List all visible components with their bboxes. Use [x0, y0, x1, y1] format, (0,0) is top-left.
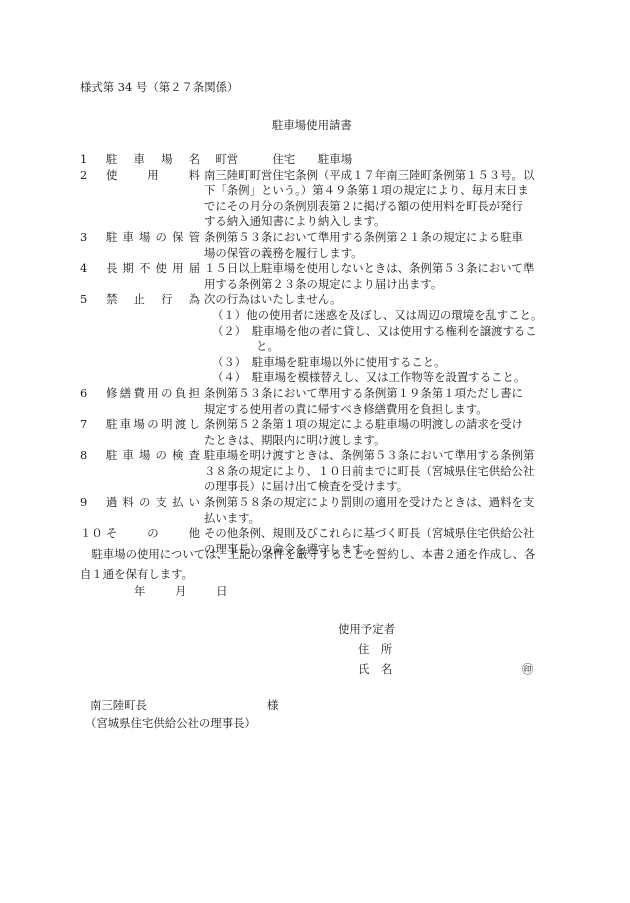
- item-number: 4: [80, 261, 106, 292]
- item-text-line: でにその月分の条例別表第２に掲げる額の使用料を町長が発行: [204, 199, 550, 215]
- item-content: 条例第５８条の規定により罰則の適用を受けたときは、過料を支払います。: [204, 495, 550, 526]
- item-number: 1: [80, 152, 106, 168]
- item-label-char: 駐: [106, 448, 117, 495]
- condition-item: 6修繕費用の負担条例第５３条において準用する条例第１９条第１項ただし書に規定する…: [80, 386, 550, 417]
- item-content: 町営 住宅 駐車場: [204, 152, 550, 168]
- item-label: 過料の支払い: [106, 495, 204, 526]
- item-label-char: 止: [134, 292, 145, 386]
- item-label-char: 費: [134, 386, 145, 417]
- pledge-paragraph: 駐車場の使用については、上記の条件を厳守することを誓約し、本書２通を作成し、各 …: [80, 544, 550, 584]
- item-label-char: 場: [139, 448, 150, 495]
- item-number: 7: [80, 417, 106, 448]
- item-text-line: １５日以上駐車場を使用しないときは、条例第５３条において準: [204, 261, 550, 277]
- item-label-char: の: [161, 386, 172, 417]
- item-label-char: 禁: [106, 292, 117, 386]
- item-content: 南三陸町町営住宅条例（平成１７年南三陸町条例第１５３号。以下「条例」という。）第…: [204, 168, 550, 230]
- item-text-line: 規定する使用者の責に帰すべき修繕費用を負担します。: [204, 402, 550, 418]
- item-text-line: 場の保管の義務を履行します。: [204, 246, 550, 262]
- item-label-char: 場: [134, 417, 145, 448]
- conditions-list: 1駐車場名 町営 住宅 駐車場2使用料南三陸町町営住宅条例（平成１７年南三陸町条…: [80, 152, 550, 557]
- item-label-char: 検: [172, 448, 183, 495]
- item-label-char: 支: [156, 495, 167, 526]
- item-label-char: 料: [189, 168, 200, 230]
- prohibited-act-item: （４） 駐車場を模様替えし、又は工作物等を設置すること。: [204, 370, 550, 386]
- item-text-line: 条例第５８条の規定により罰則の適用を受けたときは、過料を支: [204, 495, 550, 511]
- condition-item: 1駐車場名 町営 住宅 駐車場: [80, 152, 550, 168]
- month-label: 月: [175, 584, 186, 600]
- item-content: 駐車場を明け渡すときは、条例第５３条において準用する条例第３８条の規定により、１…: [204, 448, 550, 495]
- item-number: 8: [80, 448, 106, 495]
- sub-item-marker: （４）: [212, 370, 240, 384]
- item-label: 駐車場の保管: [106, 230, 204, 261]
- condition-item: 3駐車場の保管条例第５３条において準用する条例第２１条の規定による駐車場の保管の…: [80, 230, 550, 261]
- item-label-char: 長: [106, 261, 117, 292]
- item-label-char: の: [156, 230, 167, 261]
- condition-item: 9過料の支払い条例第５８条の規定により罰則の適用を受けたときは、過料を支払います…: [80, 495, 550, 526]
- form-number: 様式第 34 号（第２７条関係）: [80, 80, 238, 96]
- prohibited-act-item: （１）他の使用者に迷惑を及ぼし、又は周辺の環境を乱すこと。: [204, 308, 550, 324]
- item-number: 9: [80, 495, 106, 526]
- condition-item: 2使用料南三陸町町営住宅条例（平成１７年南三陸町条例第１５３号。以下「条例」とい…: [80, 168, 550, 230]
- item-content: 次の行為はいたしません。（１）他の使用者に迷惑を及ぼし、又は周辺の環境を乱すこと…: [204, 292, 550, 386]
- item-content: １５日以上駐車場を使用しないときは、条例第５３条において準用する条例第２３条の規…: [204, 261, 550, 292]
- item-text-line: 払います。: [204, 511, 550, 527]
- item-label-char: 行: [161, 292, 172, 386]
- item-label-char: の: [147, 417, 158, 448]
- sub-item-text: 駐車場を模様替えし、又は工作物等を設置すること。: [240, 370, 525, 384]
- item-label-char: 管: [189, 230, 200, 261]
- item-label-char: 明: [161, 417, 172, 448]
- item-label-char: 駐: [106, 152, 117, 168]
- addressee-mayor: 南三陸町長: [90, 698, 147, 714]
- item-label-char: 修: [106, 386, 117, 417]
- item-label-char: 名: [189, 152, 200, 168]
- item-label-char: 過: [106, 495, 117, 526]
- item-text-line: 用する条例第２３条の規定により届け出ます。: [204, 277, 550, 293]
- item-label-char: 届: [189, 261, 200, 292]
- item-label-char: し: [189, 417, 200, 448]
- item-content: 条例第５２条第１項の規定による駐車場の明渡しの請求を受けたときは、期限内に明け渡…: [204, 417, 550, 448]
- year-label: 年: [134, 584, 145, 600]
- item-label: 長期不使用届: [106, 261, 204, 292]
- pledge-line-1: 駐車場の使用については、上記の条件を厳守することを誓約し、本書２通を作成し、各: [80, 544, 550, 564]
- sub-item-marker: （２）: [212, 324, 240, 338]
- pledge-line-2: 自１通を保有します。: [80, 564, 550, 584]
- sub-item-continuation: と。: [204, 339, 550, 355]
- name-label: 氏 名: [358, 662, 392, 678]
- seal-icon: ㊞: [522, 662, 533, 678]
- item-content: 条例第５３条において準用する条例第１９条第１項ただし書に規定する使用者の責に帰す…: [204, 386, 550, 417]
- item-label-char: 用: [172, 261, 183, 292]
- item-text-line: 下「条例」という。）第４９条第１項の規定により、毎月末日ま: [204, 183, 550, 199]
- item-label: 駐車場の明渡し: [106, 417, 204, 448]
- item-label-char: 使: [106, 168, 117, 230]
- item-label-char: 駐: [106, 417, 117, 448]
- item-text-line: する納入通知書により納入します。: [204, 214, 550, 230]
- sub-item-text: 他の使用者に迷惑を及ぼし、又は周辺の環境を乱すこと。: [246, 308, 542, 322]
- sub-item-text: 駐車場を他の者に貸し、又は使用する権利を譲渡するこ: [240, 324, 536, 338]
- prohibited-act-item: （３） 駐車場を駐車場以外に使用すること。: [204, 355, 550, 371]
- item-label-char: 車: [123, 230, 134, 261]
- addressee-corporation: （宮城県住宅供給公社の理事長）: [85, 716, 256, 732]
- item-content: 条例第５３条において準用する条例第２１条の規定による駐車場の保管の義務を履行しま…: [204, 230, 550, 261]
- date-field[interactable]: 年 月 日: [134, 584, 253, 600]
- item-label: 駐車場の検査: [106, 448, 204, 495]
- item-label-char: 負: [175, 386, 186, 417]
- item-label-char: 場: [139, 230, 150, 261]
- condition-item: 5禁止行為次の行為はいたしません。（１）他の使用者に迷惑を及ぼし、又は周辺の環境…: [80, 292, 550, 386]
- sub-item-marker: （３）: [212, 355, 240, 369]
- item-label-char: 車: [123, 448, 134, 495]
- item-label-char: 使: [156, 261, 167, 292]
- item-label-char: 駐: [106, 230, 117, 261]
- item-label-char: 為: [189, 292, 200, 386]
- item-text-line: 南三陸町町営住宅条例（平成１７年南三陸町条例第１５３号。以: [204, 168, 550, 184]
- document-title: 駐車場使用請書: [272, 118, 352, 134]
- item-label-char: 渡: [175, 417, 186, 448]
- item-label-char: 繕: [120, 386, 131, 417]
- address-label: 住 所: [358, 642, 392, 658]
- item-label: 使用料: [106, 168, 204, 230]
- item-text-line: 駐車場を明け渡すときは、条例第５３条において準用する条例第: [204, 448, 550, 464]
- item-label-char: 不: [139, 261, 150, 292]
- item-label: 修繕費用の負担: [106, 386, 204, 417]
- item-label-char: の: [139, 495, 150, 526]
- sub-item-text: 駐車場を駐車場以外に使用すること。: [240, 355, 445, 369]
- item-label-char: 料: [123, 495, 134, 526]
- item-text-line: ３８条の規定により、１０日前までに町長（宮城県住宅供給公社: [204, 464, 550, 480]
- item-text-line: 条例第５２条第１項の規定による駐車場の明渡しの請求を受け: [204, 417, 550, 433]
- item-label: 駐車場名: [106, 152, 204, 168]
- item-text-line: 条例第５３条において準用する条例第２１条の規定による駐車: [204, 230, 550, 246]
- item-label-char: 担: [189, 386, 200, 417]
- condition-item: 7駐車場の明渡し条例第５２条第１項の規定による駐車場の明渡しの請求を受けたときは…: [80, 417, 550, 448]
- item-label-char: の: [156, 448, 167, 495]
- condition-item: 8駐車場の検査駐車場を明け渡すときは、条例第５３条において準用する条例第３８条の…: [80, 448, 550, 495]
- item-text-line: 条例第５３条において準用する条例第１９条第１項ただし書に: [204, 386, 550, 402]
- item-number: 6: [80, 386, 106, 417]
- item-label-char: 場: [161, 152, 172, 168]
- item-number: 3: [80, 230, 106, 261]
- item-text-line: の理事長）に届け出て検査を受けます。: [204, 479, 550, 495]
- item-label-char: 用: [147, 386, 158, 417]
- item-label: 禁止行為: [106, 292, 204, 386]
- applicant-heading: 使用予定者: [338, 622, 395, 638]
- item-text-line: 次の行為はいたしません。: [204, 292, 550, 308]
- addressee-honorific: 様: [267, 698, 278, 714]
- sub-item-marker: （１）: [212, 308, 246, 322]
- item-label-char: 期: [123, 261, 134, 292]
- item-number: 5: [80, 292, 106, 386]
- day-label: 日: [216, 584, 227, 600]
- prohibited-act-item: （２） 駐車場を他の者に貸し、又は使用する権利を譲渡するこ: [204, 324, 550, 340]
- item-label-char: 用: [147, 168, 158, 230]
- item-label-char: 車: [134, 152, 145, 168]
- item-label-char: 払: [172, 495, 183, 526]
- item-label-char: 査: [189, 448, 200, 495]
- condition-item: 4長期不使用届１５日以上駐車場を使用しないときは、条例第５３条において準用する条…: [80, 261, 550, 292]
- item-number: 2: [80, 168, 106, 230]
- item-label-char: い: [189, 495, 200, 526]
- item-text-line: たときは、期限内に明け渡します。: [204, 433, 550, 449]
- item-text-line: その他条例、規則及びこれらに基づく町長（宮城県住宅供給公社: [204, 526, 550, 542]
- item-text-line: 町営 住宅 駐車場: [204, 152, 550, 168]
- item-label-char: 車: [120, 417, 131, 448]
- item-label-char: 保: [172, 230, 183, 261]
